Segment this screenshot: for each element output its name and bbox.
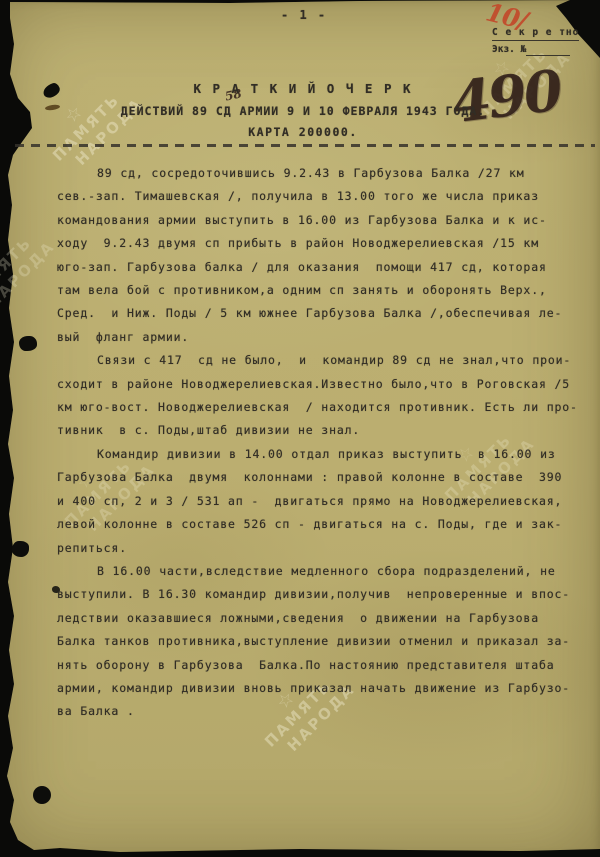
title-line-3: КАРТА 200000. — [57, 125, 549, 139]
paragraph-2: Связи с 417 сд не было, и командир 89 сд… — [57, 349, 557, 443]
copy-number-blank — [526, 46, 570, 56]
scanned-document-page: ☆ ПАМЯТЬ НАРОДА ☆ ПАМЯТЬ НАРОДА ☆ ПАМЯТЬ… — [0, 0, 600, 857]
ink-blot — [12, 541, 29, 557]
dashed-divider — [15, 144, 595, 147]
title-line-1: К Р А Т К И Й О Ч Е Р К — [57, 81, 549, 96]
punch-hole — [33, 786, 51, 804]
paragraph-3: Командир дивизии в 14.00 отдал приказ вы… — [57, 443, 557, 560]
ink-blot — [19, 336, 37, 351]
copy-label: Экз. № — [492, 44, 526, 55]
paragraph-4: В 16.00 части,вследствие медленного сбор… — [57, 560, 557, 724]
page-number: - 1 - — [281, 8, 327, 22]
document-title: К Р А Т К И Й О Ч Е Р К ДЕЙСТВИЙ 89 СД А… — [57, 81, 549, 139]
title-line-2: ДЕЙСТВИЙ 89 СД АРМИИ 9 И 10 ФЕВРАЛЯ 1943… — [57, 104, 549, 118]
document-body: 89 сд, сосредоточившись 9.2.43 в Гарбузо… — [57, 162, 557, 724]
paragraph-1: 89 сд, сосредоточившись 9.2.43 в Гарбузо… — [57, 162, 557, 349]
